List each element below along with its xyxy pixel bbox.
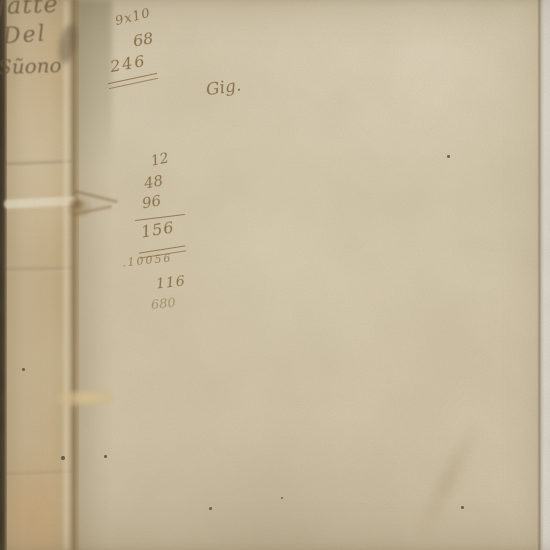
handwritten-number-48: 48	[143, 171, 165, 192]
joint-shadow-top	[76, 0, 112, 170]
handwritten-number-68: 68	[132, 28, 155, 50]
spine-title-line-1: ſatte	[0, 0, 59, 20]
wormhole-speck	[447, 155, 450, 158]
spine-left-edge	[0, 0, 7, 550]
wormhole-speck	[281, 497, 283, 499]
spine-title-line-2: Del	[2, 22, 47, 50]
wormhole-speck	[104, 455, 107, 458]
handwritten-number-116: 116	[155, 273, 186, 292]
vellum-tacket-lower	[56, 389, 115, 407]
fore-edge-background-gap	[537, 0, 550, 550]
wormhole-speck	[461, 506, 464, 509]
wormhole-speck	[22, 368, 25, 371]
wormhole-speck	[209, 507, 212, 510]
spine-joint-highlight	[61, 0, 70, 550]
spine-title-line-3: Sũono	[0, 53, 62, 79]
handwritten-number-96: 96	[141, 191, 163, 212]
wormhole-speck	[61, 456, 65, 460]
antique-book-photo: ſatte Del Sũono 9x10 68 246 Gig. 12 48 9…	[0, 0, 550, 550]
handwritten-number-680: 680	[150, 296, 176, 314]
